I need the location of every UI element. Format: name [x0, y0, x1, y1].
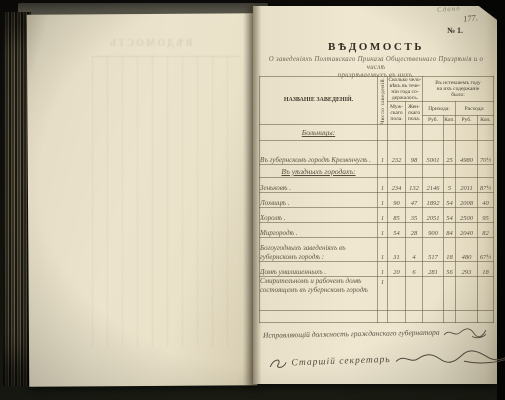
cell: 84 — [444, 223, 456, 238]
cell: 47 — [406, 193, 423, 208]
cell: 2051 — [423, 208, 444, 223]
section-label: Больницы: — [260, 125, 378, 141]
cell: 18 — [478, 262, 494, 277]
cell: 18 — [444, 238, 456, 262]
cell — [444, 311, 456, 323]
table-section-row: Въ уѣздныхъ городахъ: — [260, 165, 494, 178]
cell: 1 — [378, 238, 388, 262]
cell: 4 — [406, 238, 423, 262]
table-row: Въ губернскомъ городѣ Кременчугѣ . 1 232… — [260, 141, 494, 165]
cell: 54 — [444, 208, 456, 223]
cell — [423, 277, 444, 311]
document-number: № 1. — [447, 26, 463, 35]
unit-rub-expense: Руб. — [456, 116, 478, 125]
cell: 20 — [388, 262, 406, 277]
male-l3: пола. — [388, 116, 405, 122]
row-label: Смирительномъ и рабочемъ домѣ состоящемъ… — [260, 277, 378, 311]
cell: 5001 — [423, 141, 444, 165]
bleed-through-table-ghost — [92, 56, 240, 347]
cell: 1 — [378, 277, 388, 311]
cell — [456, 277, 478, 311]
cell: 56 — [444, 262, 456, 277]
group-money-l3: было: — [423, 92, 493, 98]
cell — [478, 165, 494, 178]
cell — [423, 125, 444, 141]
table-row-empty — [260, 311, 494, 323]
cell — [388, 277, 406, 311]
cell: 28 — [406, 223, 423, 238]
cell — [260, 311, 378, 323]
col-header-expense: Расхода: — [456, 102, 494, 116]
table-row: Лохвицѣ . 1 90 47 1892 54 2008 40 — [260, 193, 494, 208]
table-row: Богоугодныхъ заведеніяхъ въ губернскомъ … — [260, 238, 494, 262]
table-row: Домѣ умалишенныхъ . 1 20 6 281 56 293 18 — [260, 262, 494, 277]
row-label: Богоугодныхъ заведеніяхъ въ губернскомъ … — [260, 238, 378, 262]
folio-number: 177. — [463, 12, 479, 24]
unit-rub-income: Руб. — [423, 116, 444, 125]
cell: 90 — [388, 193, 406, 208]
cell: 87½ — [478, 178, 494, 193]
cell: 2500 — [456, 208, 478, 223]
col-header-count-label: Число заведеній. — [380, 77, 386, 124]
cell: 480 — [456, 238, 478, 262]
cell: 5 — [444, 178, 456, 193]
cell: 54 — [444, 193, 456, 208]
unit-kop-income: Коп. — [444, 116, 456, 125]
cell: 232 — [388, 141, 406, 165]
cell: 6 — [406, 262, 423, 277]
cell: 900 — [423, 223, 444, 238]
cell — [378, 311, 388, 323]
cell: 2008 — [456, 193, 478, 208]
signature-flourish-icon — [268, 356, 288, 371]
cell — [444, 165, 456, 178]
cell: 54 — [388, 223, 406, 238]
row-label: Хоролѣ . — [260, 208, 378, 223]
cell: 293 — [456, 262, 478, 277]
cell: 40 — [478, 193, 494, 208]
cell: 82 — [478, 223, 494, 238]
cell — [388, 311, 406, 323]
cell — [388, 165, 406, 178]
page-title: ВѢДОМОСТЬ — [262, 41, 490, 53]
cell — [478, 277, 494, 311]
cell: 31 — [388, 238, 406, 262]
col-header-income: Прихода: — [423, 102, 456, 116]
cell — [444, 277, 456, 311]
bleed-through-title-ghost: ВѢДОМОСТЬ — [70, 38, 230, 49]
cell: 70½ — [478, 141, 494, 165]
cell — [478, 311, 494, 323]
signature-text-governor: Исправляющій должность гражданскаго губе… — [263, 328, 440, 340]
col-header-female: Жен- скаго пола. — [406, 102, 423, 125]
row-label: Миргородѣ . — [260, 223, 378, 238]
cell — [406, 165, 423, 178]
subtitle-line1: О заведеніяхъ Полтавскаго Приказа Общест… — [260, 56, 492, 72]
cell: 35 — [406, 208, 423, 223]
col-header-institutions: НАЗВАНІЕ ЗАВЕДЕНІЙ. — [260, 77, 378, 125]
row-label: Въ губернскомъ городѣ Кременчугѣ . — [260, 141, 378, 165]
cell — [423, 165, 444, 178]
unit-kop-expense: Коп. — [478, 116, 494, 125]
cell: 2011 — [456, 178, 478, 193]
cell: 1 — [378, 223, 388, 238]
cell — [378, 125, 388, 141]
ledger-table: НАЗВАНІЕ ЗАВЕДЕНІЙ. Число заведеній. Ско… — [259, 76, 494, 323]
table-row: Миргородѣ . 1 54 28 900 84 2040 82 — [260, 223, 494, 238]
cell — [423, 311, 444, 323]
cell: 98 — [406, 141, 423, 165]
cell — [406, 311, 423, 323]
background-right-strip — [497, 0, 505, 400]
cell: 95 — [478, 208, 494, 223]
row-label: Домѣ умалишенныхъ . — [260, 262, 378, 277]
cell: 25 — [444, 141, 456, 165]
signature-flourish-icon — [441, 325, 487, 340]
row-label: Зеньковѣ . — [260, 178, 378, 193]
cell: 85 — [388, 208, 406, 223]
cell: 517 — [423, 238, 444, 262]
header-row-groups: НАЗВАНІЕ ЗАВЕДЕНІЙ. Число заведеній. Ско… — [260, 77, 494, 102]
cell — [388, 125, 406, 141]
group-header-money: Въ истекшемъ году на ихъ содержаніе было… — [423, 77, 494, 102]
section-label: Въ уѣздныхъ городахъ: — [260, 165, 378, 178]
table-row: Смирительномъ и рабочемъ домѣ состоящемъ… — [260, 277, 494, 311]
cell — [406, 125, 423, 141]
cell — [478, 125, 494, 141]
cell: 1 — [378, 193, 388, 208]
table-row: Зеньковѣ . 1 234 132 2146 5 2011 87½ — [260, 178, 494, 193]
cell: 1 — [378, 262, 388, 277]
cell — [406, 277, 423, 311]
cell — [378, 165, 388, 178]
book-scan-scene: ВѢДОМОСТЬ Сдано 177. № 1. ВѢДОМОСТЬ О за… — [0, 0, 505, 400]
cell — [456, 125, 478, 141]
group-people-l4: держалось. — [388, 95, 422, 101]
cell: 281 — [423, 262, 444, 277]
group-header-people: Сколько чело- вѣкъ въ тече- ніи года со-… — [388, 77, 423, 102]
cell: 4980 — [456, 141, 478, 165]
table-row: Хоролѣ . 1 85 35 2051 54 2500 95 — [260, 208, 494, 223]
signature-text-secretary: Старшій секретарь — [291, 355, 391, 368]
cell: 67½ — [478, 238, 494, 262]
cell — [444, 125, 456, 141]
cell: 1 — [378, 178, 388, 193]
cell: 1 — [378, 208, 388, 223]
row-label: Лохвицѣ . — [260, 193, 378, 208]
cell: 132 — [406, 178, 423, 193]
table-section-row: Больницы: — [260, 125, 494, 141]
cell: 2040 — [456, 223, 478, 238]
cell: 1 — [378, 141, 388, 165]
col-header-male: Муж- скаго пола. — [388, 102, 406, 125]
col-header-count: Число заведеній. — [378, 77, 388, 125]
cell: 2146 — [423, 178, 444, 193]
cell — [456, 311, 478, 323]
cell: 1892 — [423, 193, 444, 208]
cell — [456, 165, 478, 178]
cell: 234 — [388, 178, 406, 193]
female-l3: пола. — [406, 116, 422, 122]
